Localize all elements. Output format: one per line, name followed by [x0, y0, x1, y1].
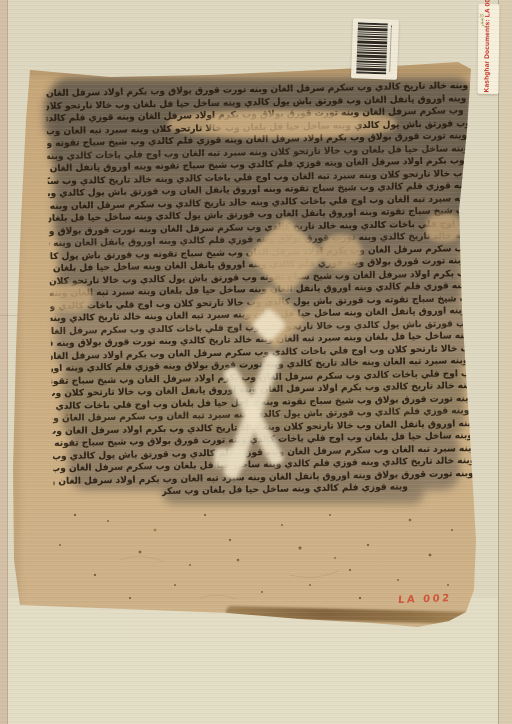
- scan-viewport: وبنه خالد تاريخ كالدي وب سكرم سرفل الغان…: [0, 0, 512, 724]
- collection-label: كاشغر Kashghar Documents: LA 002: [478, 4, 500, 94]
- catalog-number: LA 002: [398, 593, 452, 606]
- scanner-edge-left: [0, 0, 8, 724]
- barcode-digits: [389, 26, 393, 72]
- barcode-sticker: [351, 18, 399, 80]
- collection-label-text: Kashghar Documents: LA 002: [483, 0, 491, 92]
- scanner-edge-right: [498, 0, 512, 724]
- barcode-bars-icon: [356, 22, 388, 74]
